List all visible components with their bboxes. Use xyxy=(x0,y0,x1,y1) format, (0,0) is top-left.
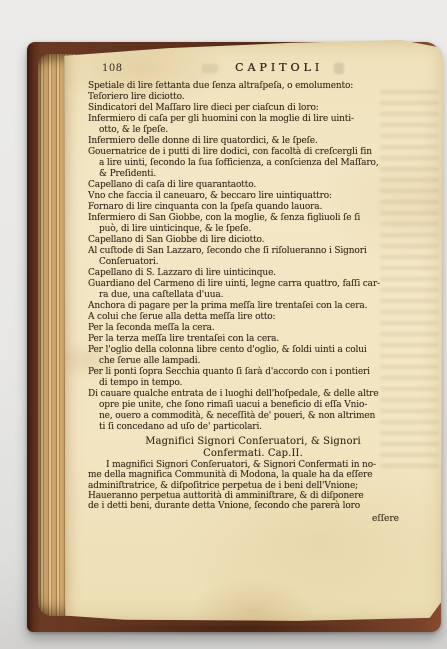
text-line: Conſeruatori. xyxy=(88,257,422,268)
text-line: Haueranno perpetua auttorità di amminiſt… xyxy=(88,491,424,501)
catchword: eſſere xyxy=(372,514,399,524)
text-line: Guardiano del Carmeno di lire uinti, leg… xyxy=(88,279,422,290)
text-line: Teſoriero lire diciotto. xyxy=(88,92,422,103)
text-line: Per la terza meſſa lire trentaſei con la… xyxy=(88,334,422,345)
page-number: 108 xyxy=(102,63,123,74)
text-line: I magnifici Signori Conſeruatori, & Sign… xyxy=(88,460,424,470)
chapter-heading-line2: Confermati. Cap.II. xyxy=(88,448,418,460)
running-head: 108 CAPITOLI xyxy=(62,61,443,77)
text-line: Capellano di S. Lazzaro di lire uinticin… xyxy=(88,268,422,279)
text-line: opre pie unite, che ſono rimaſi uacui a … xyxy=(88,400,422,411)
text-line: Infermiero di caſa per gli huomini con l… xyxy=(88,114,422,125)
text-line: Gouernatrice de i putti di lire dodici, … xyxy=(88,147,422,158)
text-line: a lire uinti, ſecondo la ſua ſofficienza… xyxy=(88,158,422,169)
text-line: può, di lire uinticinque, & le ſpeſe. xyxy=(88,224,422,235)
text-line: Capellano di San Giobbe di lire diciotto… xyxy=(88,235,422,246)
text-line: ti ſi concedano ad uſo de' particolari. xyxy=(88,422,422,433)
text-line: ra due, una caſtellata d'uua. xyxy=(88,290,422,301)
text-line: Anchora di pagare per la prima meſſa lir… xyxy=(88,301,422,312)
text-line: ne, ouero a commodità, & neceſſità de' p… xyxy=(88,411,422,422)
text-line: di tempo in tempo. xyxy=(88,378,422,389)
text-line: otto, & le ſpeſe. xyxy=(88,125,422,136)
text-line: Per la ſeconda meſſa la cera. xyxy=(88,323,422,334)
text-line: A colui che ſerue alla detta meſſa lire … xyxy=(88,312,422,323)
book-scan: 108 CAPITOLI Spetiale di lire ſettanta d… xyxy=(0,0,447,649)
body-text: Spetiale di lire ſettanta due ſenza altr… xyxy=(88,81,422,433)
text-line: Spetiale di lire ſettanta due ſenza altr… xyxy=(88,81,422,92)
chapter-heading-line1: Magnifici Signori Conſeruatori, & Signor… xyxy=(88,436,418,448)
text-line: Per li ponti ſopra Secchia quanto ſi ſar… xyxy=(88,367,422,378)
text-line: de i detti beni, durante detta Vnione, ſ… xyxy=(88,501,424,511)
text-line: Infermiero di San Giobbe, con la moglie,… xyxy=(88,213,422,224)
text-line: Di cauare qualche entrata de i luoghi de… xyxy=(88,389,422,400)
text-line: Capellano di caſa di lire quarantaotto. xyxy=(88,180,422,191)
text-line: Vno che faccia il caneuaro, & beccaro li… xyxy=(88,191,422,202)
text-line: Al cuſtode di San Lazzaro, ſecondo che ſ… xyxy=(88,246,422,257)
text-line: Fornaro di lire cinquanta con la ſpeſa q… xyxy=(88,202,422,213)
book-shadow xyxy=(20,626,440,640)
text-line: che ſerue alle lampadi. xyxy=(88,356,422,367)
text-line: me della magnifica Communità di Modona, … xyxy=(88,470,424,480)
chapter-heading: Magnifici Signori Conſeruatori, & Signor… xyxy=(88,436,418,459)
text-line: Infermiero delle donne di lire quatordic… xyxy=(88,136,422,147)
text-line: Sindicatori del Maſſaro lire dieci per c… xyxy=(88,103,422,114)
running-title: CAPITOLI xyxy=(222,61,336,74)
text-line: & Preſidenti. xyxy=(88,169,422,180)
text-line: adminiſtratrice, & diſpoſitrice perpetua… xyxy=(88,481,424,491)
book-page: 108 CAPITOLI Spetiale di lire ſettanta d… xyxy=(62,40,443,622)
chapter-paragraph: I magnifici Signori Conſeruatori, & Sign… xyxy=(88,460,424,511)
text-line: Per l'oglio della colonna libre cento d'… xyxy=(88,345,422,356)
